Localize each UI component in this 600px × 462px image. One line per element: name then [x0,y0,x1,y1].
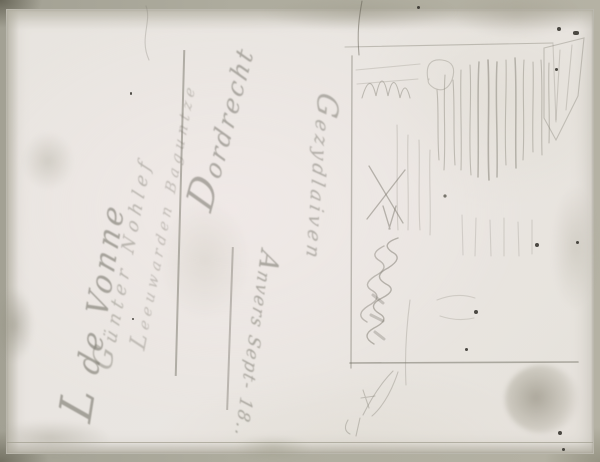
ink-speck [576,241,579,244]
aged-edge-top [7,10,593,30]
paper-sheet [6,9,594,454]
ink-speck [558,431,562,435]
ink-speck [535,243,539,247]
ink-speck [130,92,132,95]
ink-speck [417,6,420,9]
verso-scan: L de Vonne Günter Nohlef Leeuwarden Bagu… [0,0,600,462]
ink-speck [132,318,134,320]
ink-speck [562,448,565,451]
aged-edge-left [7,10,19,453]
ink-speck [557,27,561,31]
aged-edge-bottom [7,442,593,453]
ink-speck [465,348,468,351]
ink-speck [474,310,478,314]
ink-speck [555,68,558,71]
ink-speck [573,31,579,35]
